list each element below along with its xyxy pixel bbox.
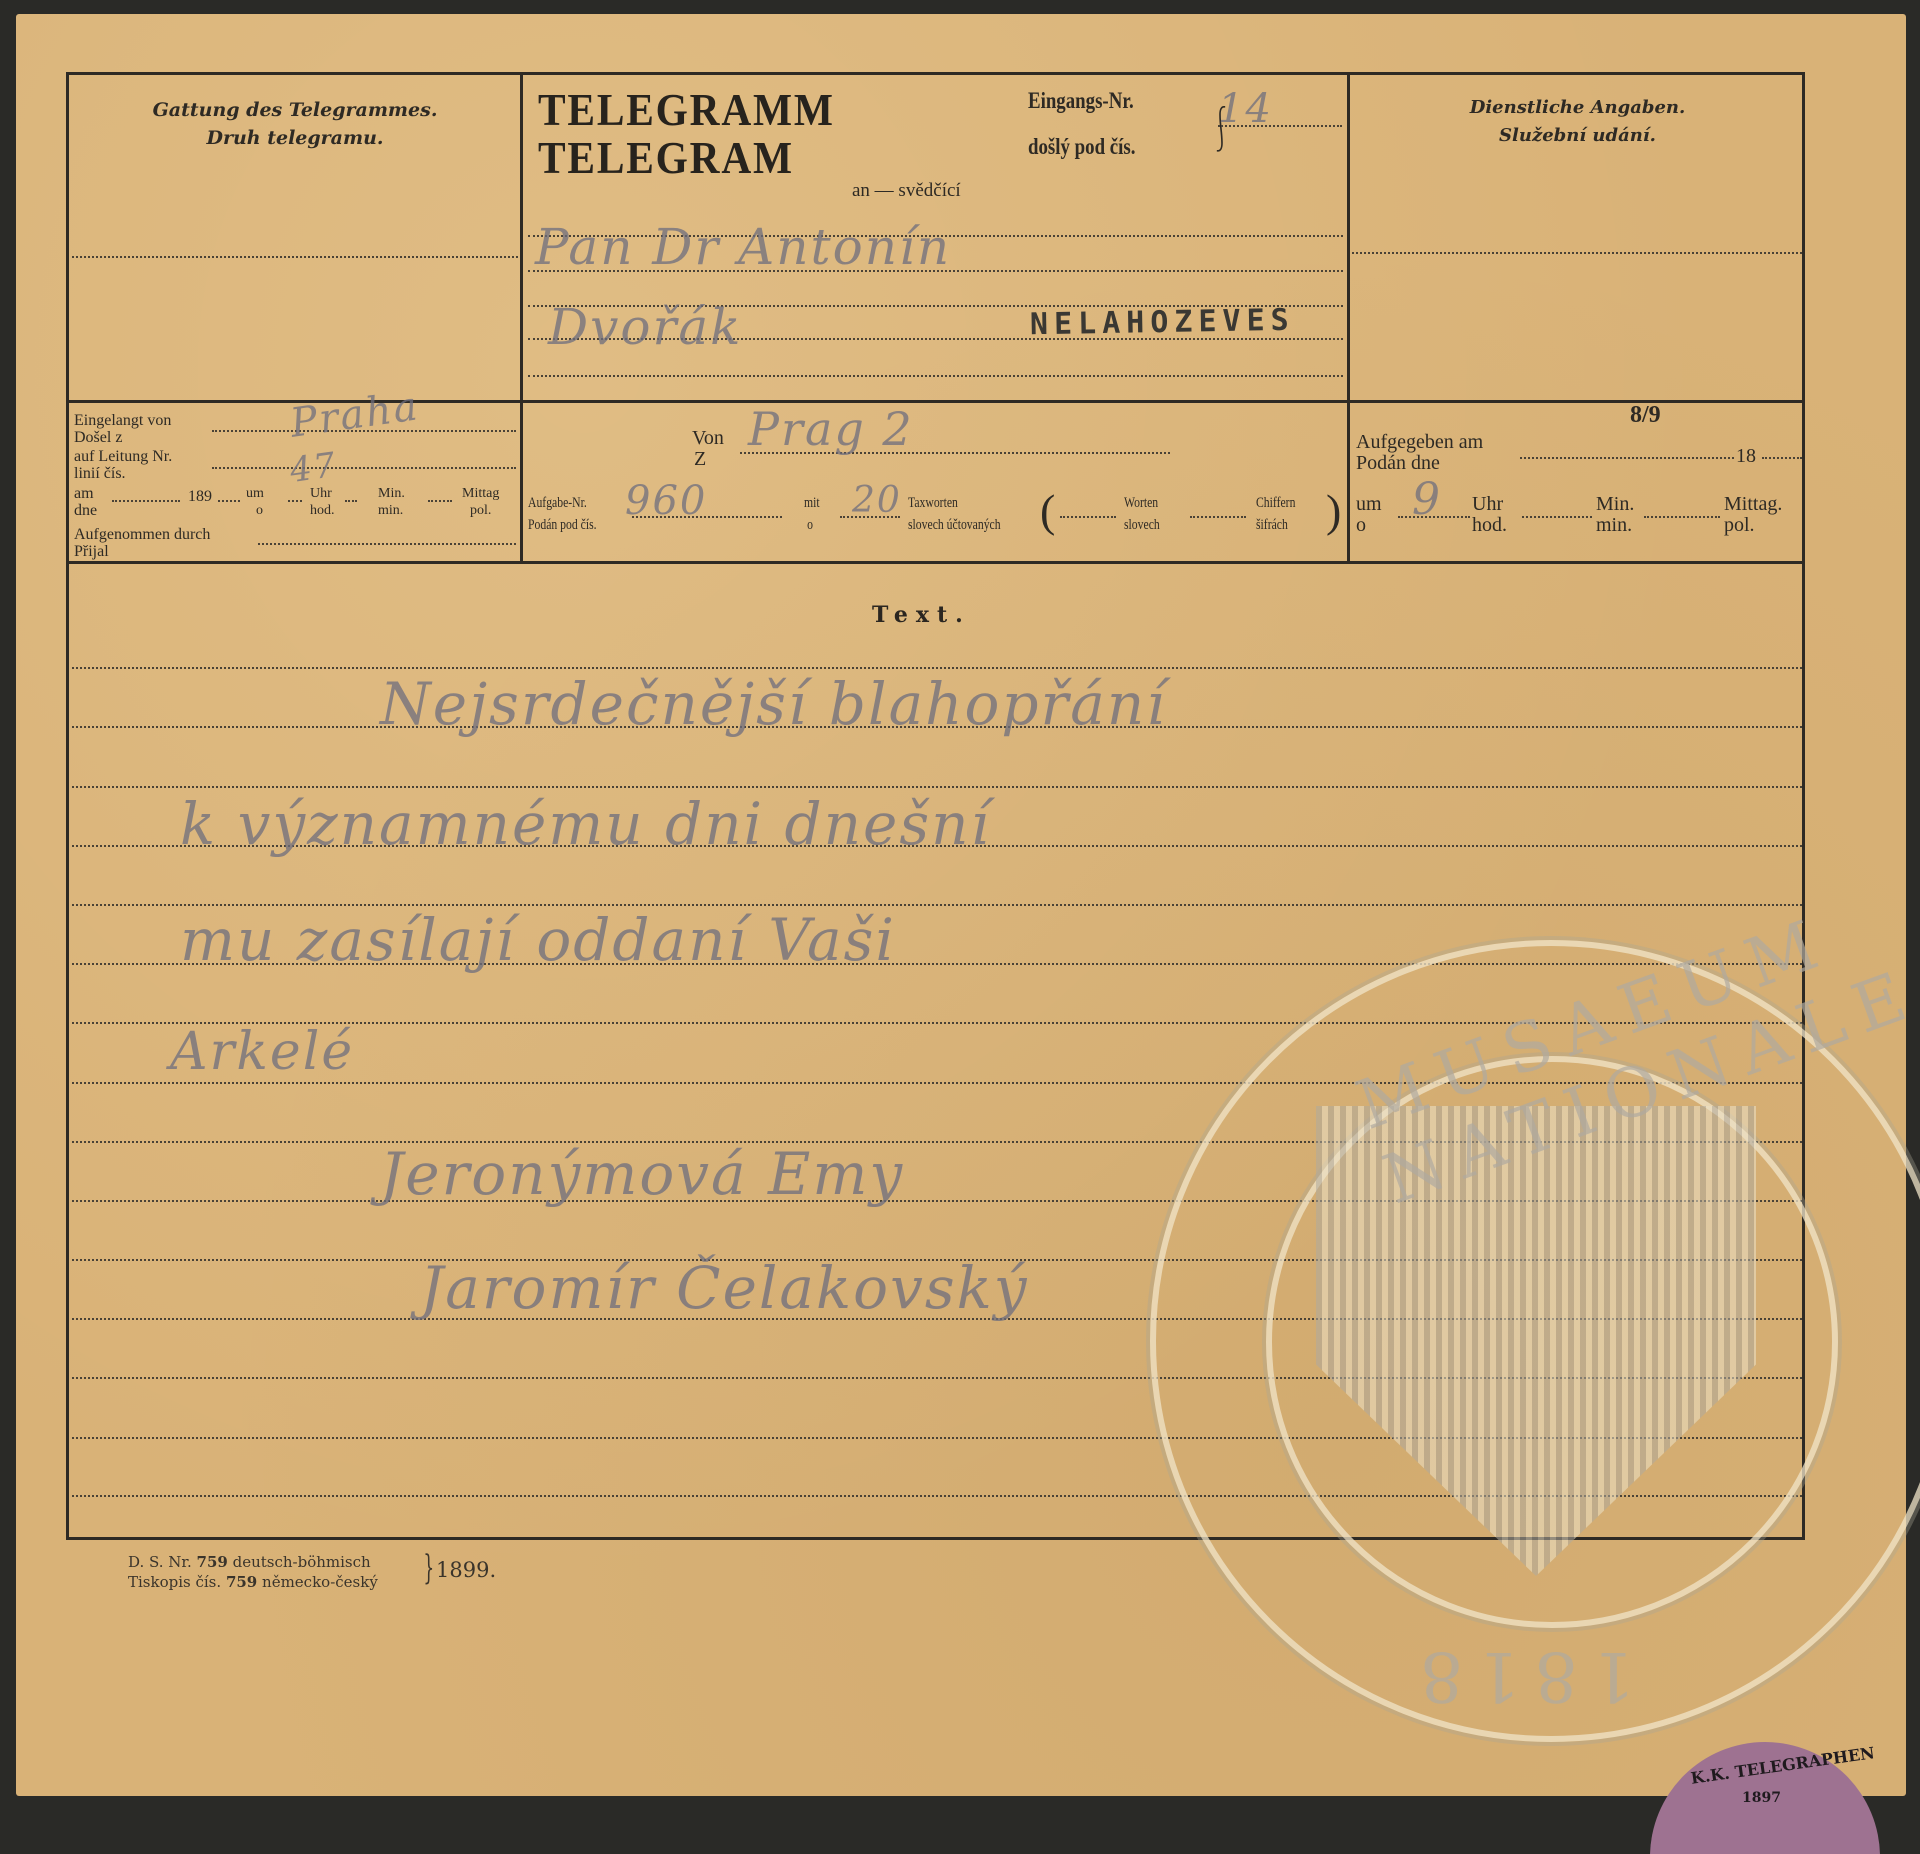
- submitted-date-value: 8/9: [1630, 403, 1661, 427]
- received-at-label: um o: [246, 485, 264, 519]
- submitted-at-label-cs: o: [1356, 515, 1382, 536]
- submitted-min-line: [1522, 516, 1592, 518]
- message-line-3: mu zasílají oddaní Vaši: [180, 906, 896, 974]
- received-line-label: auf Leitung Nr. linií čís.: [74, 448, 172, 482]
- text-line-15: [72, 1495, 1802, 1497]
- origin-number-label-de: Aufgabe-Nr.: [528, 492, 597, 514]
- footer-tiskopis-language: německo-český: [262, 1573, 378, 1591]
- received-noon-label: Mittag pol.: [462, 485, 499, 519]
- title-de: TELEGRAMM: [538, 86, 835, 134]
- entry-number-label-de: Eingangs-Nr.: [1028, 88, 1134, 114]
- footer-ds-label: D. S. Nr.: [128, 1553, 192, 1571]
- submitted-hour-label-cs: hod.: [1472, 515, 1507, 536]
- origin-from-value: Prag 2: [748, 402, 914, 456]
- received-line-line: [212, 467, 516, 469]
- footer-line-cs: Tiskopis čís. 759 německo-český: [128, 1572, 378, 1592]
- submitted-at-label-de: um: [1356, 494, 1382, 515]
- origin-cipher-label-cs: šifrách: [1256, 514, 1295, 536]
- title-cs: TELEGRAM: [538, 134, 835, 182]
- received-min-label: Min. min.: [378, 485, 405, 519]
- form-footer: D. S. Nr. 759 deutsch-böhmisch Tiskopis …: [128, 1552, 378, 1592]
- received-noon-label-de: Mittag: [462, 485, 499, 502]
- origin-with-label: mit o: [804, 492, 820, 536]
- submitted-year-prefix: 18: [1736, 446, 1756, 467]
- origin-cipher-label-de: Chiffern: [1256, 492, 1295, 514]
- footer-ds-number: 759: [197, 1553, 228, 1571]
- message-line-4: Arkelé: [170, 1022, 354, 1082]
- received-min-label-cs: min.: [378, 502, 405, 519]
- origin-from-label: Von Z: [692, 428, 724, 470]
- origin-with-label-de: mit: [804, 492, 820, 514]
- received-from-label-de: Eingelangt von: [74, 412, 171, 429]
- received-hour-label: Uhr hod.: [310, 485, 335, 519]
- received-by-label-de: Aufgenommen durch: [74, 526, 210, 543]
- origin-number-value: 960: [625, 478, 707, 524]
- origin-taxwords-label: Taxworten slovech účtovaných: [908, 492, 1001, 536]
- origin-cipher-line: [1190, 516, 1246, 518]
- message-line-2: k významnému dni dnešní: [180, 790, 991, 858]
- received-date-label-cs: dne: [74, 502, 97, 519]
- received-hour-label-de: Uhr: [310, 485, 335, 502]
- origin-number-label-cs: Podán pod čís.: [528, 514, 597, 536]
- origin-taxwords-label-de: Taxworten: [908, 492, 1001, 514]
- received-from-label-cs: Došel z: [74, 429, 171, 446]
- received-date-label-de: am: [74, 485, 97, 502]
- addressee-surname: Dvořák: [548, 298, 742, 356]
- text-line-3: [72, 786, 1802, 788]
- submitted-at-label: um o: [1356, 494, 1382, 536]
- received-hour-line: [288, 500, 302, 502]
- received-year-prefix: 189: [188, 488, 212, 505]
- service-info-line: [1352, 252, 1802, 254]
- received-line-label-cs: linií čís.: [74, 465, 172, 482]
- received-hour-label-cs: hod.: [310, 502, 335, 519]
- submitted-noon-line: [1644, 516, 1720, 518]
- text-line-13: [72, 1377, 1802, 1379]
- origin-from-label-cs: Z: [692, 449, 724, 470]
- submitted-year-line: [1762, 457, 1802, 459]
- submitted-date-label-de: Aufgegeben am: [1356, 432, 1483, 453]
- submitted-hour-value: 9: [1412, 474, 1442, 525]
- origin-words-label-cs: slovech: [1124, 514, 1160, 536]
- origin-from-label-de: Von: [692, 428, 724, 449]
- origin-words-value: 20: [852, 480, 902, 521]
- form-title: TELEGRAMM TELEGRAM: [538, 86, 835, 182]
- text-line-8: [72, 1082, 1802, 1084]
- received-by-line: [258, 543, 516, 545]
- received-at-label-cs: o: [246, 502, 264, 519]
- submitted-noon-label-de: Mittag.: [1724, 494, 1782, 515]
- received-noon-line: [428, 500, 452, 502]
- submitted-date-line: [1520, 457, 1734, 459]
- telegram-type-line: [72, 256, 518, 258]
- message-line-6: Jaromír Čelakovský: [420, 1254, 1029, 1322]
- origin-taxwords-label-cs: slovech účtovaných: [908, 514, 1001, 536]
- origin-paren-close: ): [1326, 488, 1341, 534]
- submitted-hour-label: Uhr hod.: [1472, 494, 1507, 536]
- message-line-5: Jeronýmová Emy: [380, 1140, 904, 1208]
- received-at-label-de: um: [246, 485, 264, 502]
- message-line-1: Nejsrdečnější blahopřání: [380, 670, 1167, 738]
- service-info-header: Dienstliche Angaben. Služební udání.: [1350, 94, 1805, 150]
- received-by-label-cs: Přijal: [74, 543, 210, 560]
- footer-ds-language: deutsch-böhmisch: [233, 1553, 371, 1571]
- submitted-date-fraction: 8/9: [1630, 402, 1661, 428]
- text-line-1: [72, 667, 1802, 669]
- origin-number-label: Aufgabe-Nr. Podán pod čís.: [528, 492, 597, 536]
- received-line-label-de: auf Leitung Nr.: [74, 448, 172, 465]
- received-noon-label-cs: pol.: [462, 502, 499, 519]
- submitted-noon-label-cs: pol.: [1724, 515, 1782, 536]
- addressee-name: Pan Dr Antonín: [535, 218, 951, 276]
- service-info-label-cs: Služební udání.: [1350, 122, 1805, 150]
- origin-paren-open: (: [1040, 488, 1055, 534]
- footer-year: 1899.: [436, 1560, 496, 1580]
- addressee-name-line1: Pan Dr Antonín: [535, 218, 951, 276]
- footer-brace: }: [423, 1548, 434, 1588]
- text-line-9: [72, 1141, 1802, 1143]
- submitted-date-label: Aufgegeben am Podán dne: [1356, 432, 1483, 474]
- submitted-hour-label-de: Uhr: [1472, 494, 1507, 515]
- entry-number-label-cs: došlý pod čís.: [1028, 134, 1135, 160]
- origin-wordcount-line: [1060, 516, 1116, 518]
- received-from-label: Eingelangt von Došel z: [74, 412, 171, 446]
- origin-words-label-de: Worten: [1124, 492, 1160, 514]
- text-line-10: [72, 1200, 1802, 1202]
- telegram-type-label-de: Gattung des Telegrammes.: [70, 96, 520, 124]
- info-row-divider: [66, 561, 1805, 564]
- footer-tiskopis-number: 759: [226, 1573, 257, 1591]
- telegram-type-label-cs: Druh telegramu.: [70, 124, 520, 152]
- telegraph-seal-number: 1897: [1742, 1790, 1781, 1806]
- received-date-line: [112, 500, 180, 502]
- submitted-min-label: Min. min.: [1596, 494, 1634, 536]
- received-min-label-de: Min.: [378, 485, 405, 502]
- received-by-label: Aufgenommen durch Přijal: [74, 526, 210, 560]
- origin-cipher-label: Chiffern šifrách: [1256, 492, 1295, 536]
- service-info-label-de: Dienstliche Angaben.: [1350, 94, 1805, 122]
- addressee-line-5: [528, 375, 1343, 377]
- text-heading: Text.: [872, 602, 971, 628]
- submitted-date-label-cs: Podán dne: [1356, 453, 1483, 474]
- received-min-line: [345, 500, 357, 502]
- text-line-14: [72, 1437, 1802, 1439]
- origin-words-label: Worten slovech: [1124, 492, 1160, 536]
- destination-stamp: NELAHOZEVES: [1030, 303, 1295, 343]
- footer-line-de: D. S. Nr. 759 deutsch-böhmisch: [128, 1552, 378, 1572]
- received-date-label: am dne: [74, 485, 97, 519]
- telegram-type-header: Gattung des Telegrammes. Druh telegramu.: [70, 96, 520, 152]
- received-year-line: [218, 500, 240, 502]
- footer-tiskopis-label: Tiskopis čís.: [128, 1573, 221, 1591]
- entry-number-line: [1218, 125, 1342, 127]
- origin-with-label-cs: o: [804, 514, 820, 536]
- submitted-min-label-cs: min.: [1596, 515, 1634, 536]
- submitted-min-label-de: Min.: [1596, 494, 1634, 515]
- submitted-noon-label: Mittag. pol.: [1724, 494, 1782, 536]
- left-column-divider: [520, 72, 523, 563]
- addressee-label: an — svědčící: [852, 180, 961, 201]
